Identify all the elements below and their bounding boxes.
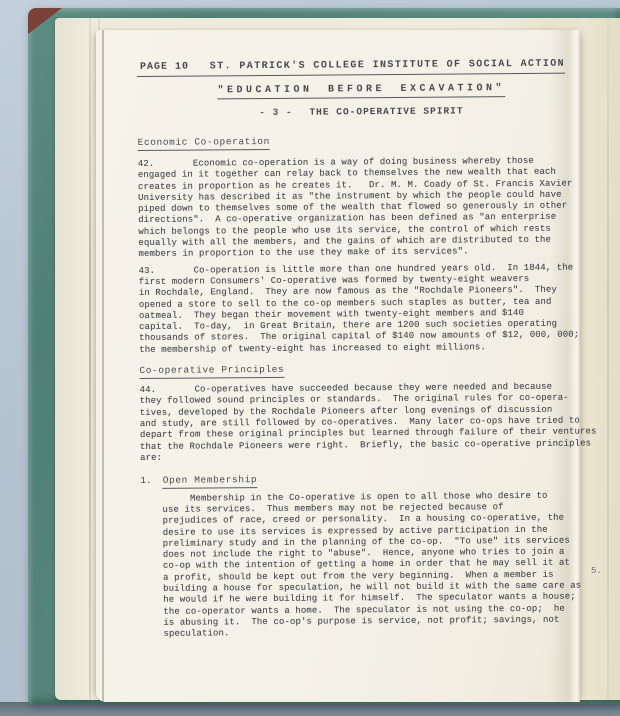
page-crease-left	[102, 30, 104, 702]
document-page: PAGE 10 ST. PATRICK'S COLLEGE INSTITUTE …	[96, 30, 580, 702]
doc-title-line: "EDUCATION BEFORE EXCAVATION"	[137, 82, 585, 97]
paragraph-43: 43. Co-operation is little more than one…	[139, 262, 588, 356]
principle-1-body: Membership in the Co-operative is open t…	[140, 490, 589, 640]
section-heading-economic: Economic Co-operation	[138, 133, 586, 148]
photo-background: PAGE 10 ST. PATRICK'S COLLEGE INSTITUTE …	[0, 0, 620, 716]
paragraph-42: 42. Economic co-operation is a way of do…	[138, 155, 587, 260]
table-surface	[0, 702, 620, 716]
principle-number: 1.	[140, 475, 152, 489]
page-number-label: PAGE 10	[137, 62, 189, 73]
page-header: PAGE 10 ST. PATRICK'S COLLEGE INSTITUTE …	[137, 59, 565, 77]
doc-title: "EDUCATION BEFORE EXCAVATION"	[217, 83, 505, 99]
page-edge-line	[89, 18, 91, 700]
principle-1-heading: 1. Open Membership	[140, 472, 588, 489]
institute-title: ST. PATRICK'S COLLEGE INSTITUTE OF SOCIA…	[210, 59, 565, 73]
doc-subtitle-number: - 3 -	[259, 107, 293, 118]
typed-text-block: PAGE 10 ST. PATRICK'S COLLEGE INSTITUTE …	[137, 58, 590, 640]
doc-subtitle: THE CO-OPERATIVE SPIRIT	[309, 105, 463, 117]
principle-title: Open Membership	[163, 474, 258, 488]
page-edge-line	[607, 18, 609, 700]
doc-subtitle-line: - 3 - THE CO-OPERATIVE SPIRIT	[137, 104, 585, 119]
section-heading-principles: Co-operative Principles	[139, 362, 587, 377]
adjacent-page-note: 5.	[591, 566, 602, 576]
paragraph-44: 44. Co-operatives have succeeded because…	[140, 382, 589, 465]
